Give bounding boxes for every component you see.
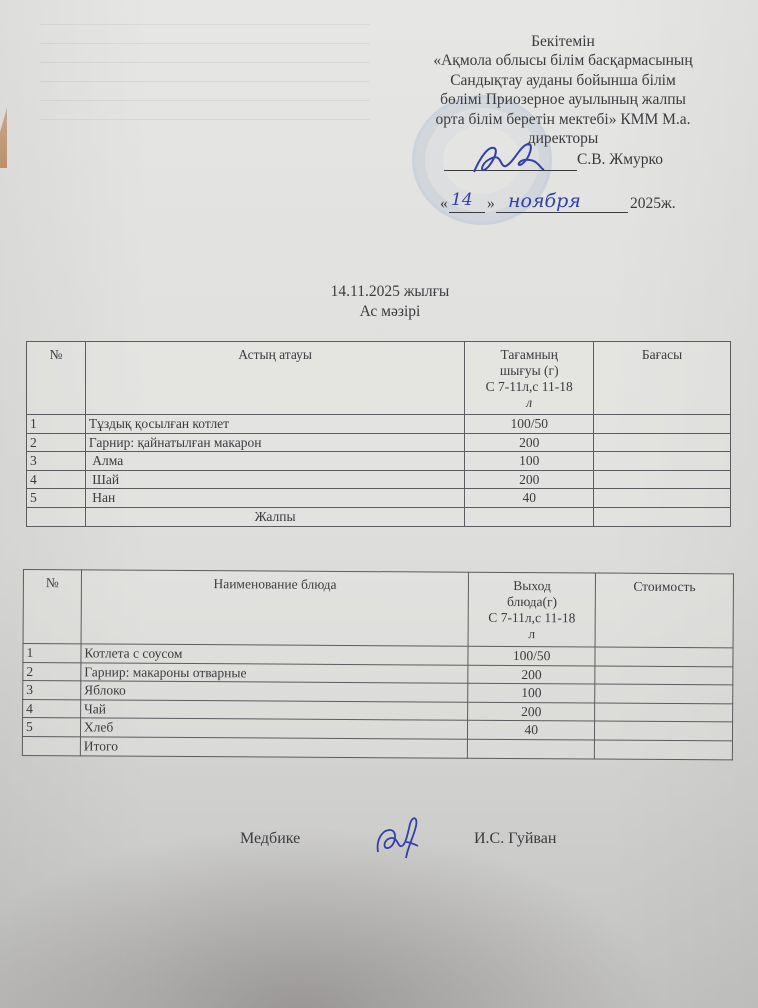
header-output-line: С 7-11л,с 11-18 [468,379,590,395]
row-dish-name: Алма [85,452,464,471]
row-price [594,489,731,508]
total-label: Итого [80,737,467,758]
total-price-empty [594,507,731,526]
header-output-line: блюда(г) [472,594,592,611]
header-output-line: шығуы (г) [468,363,590,379]
row-num: 4 [27,470,86,489]
row-price [595,721,733,740]
table-total-row: Жалпы [27,507,731,526]
approval-block: Бекітемін «Ақмола облысы білім басқармас… [388,32,738,148]
menu-title: 14.11.2025 жылғы Ас мәзірі [250,282,530,322]
row-num: 3 [23,681,81,700]
row-num: 1 [27,415,86,434]
approval-line: Сандықтау ауданы бойынша білім [388,71,738,90]
total-label: Жалпы [85,507,464,526]
row-output: 40 [468,721,595,740]
row-num: 5 [22,718,80,737]
row-price [595,703,733,722]
row-dish-name: Чай [80,700,467,721]
row-output: 200 [465,433,594,452]
total-price-empty [594,740,732,759]
row-output: 200 [468,702,595,721]
total-output-empty [468,739,595,758]
month-line [496,212,628,213]
desk-edge [0,108,7,168]
row-dish-name: Гарнир: макароны отварные [81,662,468,683]
menu-date: 14.11.2025 жылғы [250,282,530,302]
row-dish-name: Гарнир: қайнатылған макарон [85,433,464,452]
row-dish-name: Тұздық қосылған котлет [85,415,464,434]
row-price [594,452,731,471]
row-price [594,415,731,434]
row-dish-name: Хлеб [80,718,467,739]
handwritten-month: ноября [508,190,581,212]
table-row: 2 Гарнир: қайнатылған макарон 200 [27,433,731,452]
approval-line: орта білім беретін мектебі» КММ М.а. [388,110,738,129]
row-num: 2 [27,433,86,452]
table-row: 4 Шай 200 [27,470,731,489]
header-output: Выход блюда(г) С 7-11л,с 11-18 л [468,572,595,647]
menu-table-kazakh: № Астың атауы Тағамның шығуы (г) С 7-11л… [26,341,731,527]
row-price [594,433,731,452]
approval-heading: Бекітемін [388,32,738,51]
total-num-empty [22,736,80,755]
nurse-signature-icon [372,812,424,864]
header-output: Тағамның шығуы (г) С 7-11л,с 11-18 л [465,342,594,415]
table-header-row: № Наименование блюда Выход блюда(г) С 7-… [23,570,733,648]
table-row: 5 Нан 40 [27,489,731,508]
approval-line: бөлімі Приозерное ауылының жалпы [388,90,738,109]
row-price [595,666,733,685]
approval-line: «Ақмола облысы білім басқармасының [388,51,738,70]
row-price [594,470,731,489]
header-output-line: С 7-11л,с 11-18 [472,610,592,627]
row-num: 2 [23,662,81,681]
row-price [595,647,733,666]
header-output-line: л [468,395,590,411]
row-num: 3 [27,452,86,471]
table-row: 1 Тұздық қосылған котлет 100/50 [27,415,731,434]
header-num: № [23,570,81,644]
header-price: Бағасы [594,342,731,415]
date-year: 2025ж. [630,195,676,213]
show-through-text [40,8,370,122]
row-output: 100 [465,452,594,471]
header-num: № [27,342,86,415]
table-total-row: Итого [22,736,732,759]
header-price: Стоимость [595,573,733,648]
date-close-quote: » [487,195,495,213]
director-signature-icon [470,138,550,178]
header-dish-name: Наименование блюда [81,570,469,646]
header-dish-name: Астың атауы [85,342,464,415]
header-output-line: Выход [472,578,592,595]
row-num: 4 [23,699,81,718]
row-num: 5 [27,489,86,508]
menu-table-russian: № Наименование блюда Выход блюда(г) С 7-… [22,569,734,760]
nurse-name: И.С. Гуйван [474,830,556,848]
row-dish-name: Шай [85,470,464,489]
table-header-row: № Астың атауы Тағамның шығуы (г) С 7-11л… [27,342,731,415]
director-name: С.В. Жмурко [577,151,663,169]
row-output: 200 [465,470,594,489]
row-output: 40 [465,489,594,508]
row-output: 100/50 [465,415,594,434]
row-output: 200 [468,665,595,684]
nurse-role: Медбике [240,830,300,848]
header-output-line: Тағамның [468,347,590,363]
row-output: 100 [468,683,595,702]
row-dish-name: Котлета с соусом [81,644,468,665]
total-num-empty [27,507,86,526]
row-num: 1 [23,644,81,663]
row-dish-name: Яблоко [81,681,468,702]
header-output-line: л [472,626,592,643]
total-output-empty [465,507,594,526]
row-price [595,684,733,703]
menu-subtitle: Ас мәзірі [250,302,530,322]
approval-line: директоры [388,129,738,148]
handwritten-day: 14 [451,190,473,210]
date-open-quote: « [440,195,448,213]
table-row: 3 Алма 100 [27,452,731,471]
row-dish-name: Нан [85,489,464,508]
day-line [449,212,485,213]
row-output: 100/50 [468,646,595,665]
